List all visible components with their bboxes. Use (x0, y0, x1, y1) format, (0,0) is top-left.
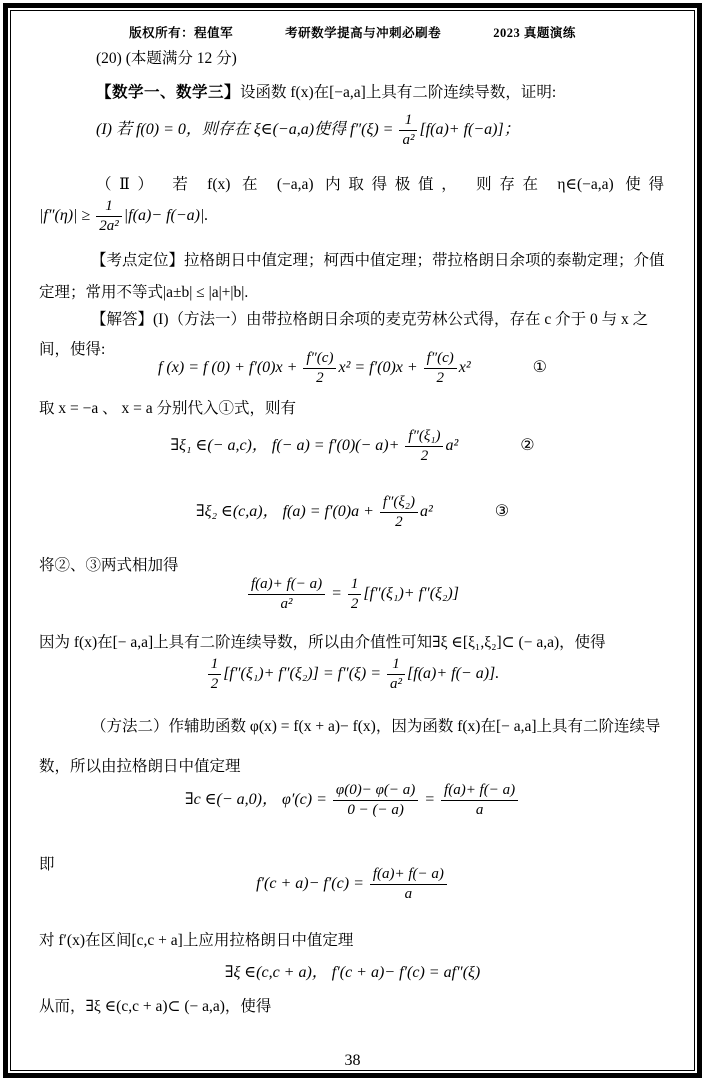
page-inner-border: 版权所有：程值军 考研数学提高与冲刺必刷卷 2023 真题演练 (20) (本题… (10, 10, 695, 1071)
part2-inequality: |f″(η)| ≥ 12a²|f(a)− f(−a)|. (39, 197, 666, 236)
equation-2-body: ∃ξ₁ ∈(− a,c)， f(− a) = f′(0)(− a)+ f″(ξ₁… (170, 437, 458, 454)
header-copyright: 版权所有：程值军 (129, 23, 233, 41)
header-series-title: 考研数学提高与冲刺必刷卷 (285, 23, 441, 41)
equation-1-label: ① (533, 359, 547, 376)
substitute-text: 取 x = −a 、 x = a 分别代入①式，则有 (39, 397, 666, 420)
equation-3-body: ∃ξ₂ ∈(c,a)， f(a) = f′(0)a + f″(ξ₂)2a² (196, 503, 433, 520)
page-number: 38 (11, 1052, 694, 1070)
part2-statement: （Ⅱ） 若 f(x) 在 (−a,a) 内取得极值， 则存在 η∈(−a,a) … (96, 173, 664, 196)
intermediate-value-text: 因为 f(x)在[− a,a]上具有二阶连续导数，所以由介值性可知∃ξ ∈[ξ₁… (39, 631, 666, 654)
page-outer-border: 版权所有：程值军 考研数学提高与冲刺必刷卷 2023 真题演练 (20) (本题… (3, 3, 702, 1078)
equation-3: ∃ξ₂ ∈(c,a)， f(a) = f′(0)a + f″(ξ₂)2a²③ (39, 493, 666, 532)
subject-tag: 【数学一、数学三】 (96, 84, 240, 101)
equation-1-body: f (x) = f (0) + f′(0)x + f″(c)2x² = f′(0… (158, 359, 471, 376)
question-number: (20) (本题满分 12 分) (96, 47, 666, 70)
equation-sum: f(a)+ f(− a)a² = 12[f″(ξ₁)+ f″(ξ₂)] (39, 575, 666, 614)
add-equations-text: 将②、③两式相加得 (39, 554, 666, 577)
keypoints-paragraph: 【考点定位】拉格朗日中值定理；柯西中值定理；带拉格朗日余项的泰勒定理；介值定理；… (39, 245, 666, 309)
part1-statement: (I) 若 f(0) = 0，则存在 ξ∈(−a,a)使得 f″(ξ) = 1a… (96, 111, 666, 150)
solution-tag: 【解答】 (91, 311, 153, 328)
header-edition: 2023 真题演练 (493, 23, 576, 41)
equation-2-label: ② (520, 437, 534, 454)
apply-mvt-text: 对 f′(x)在区间[c,c + a]上应用拉格朗日中值定理 (39, 929, 666, 952)
page-header: 版权所有：程值军 考研数学提高与冲刺必刷卷 2023 真题演练 (11, 23, 694, 41)
method2-paragraph: （方法二）作辅助函数 φ(x) = f(x + a)− f(x)，因为函数 f(… (39, 707, 666, 787)
equation-namely: f′(c + a)− f′(c) = f(a)+ f(− a)a (39, 865, 666, 904)
problem-statement: 【数学一、数学三】设函数 f(x)在[−a,a]上具有二阶连续导数，证明: (96, 81, 666, 104)
equation-1: f (x) = f (0) + f′(0)x + f″(c)2x² = f′(0… (39, 349, 666, 388)
hence-text: 从而，∃ξ ∈(c,c + a)⊂ (− a,a)，使得 (39, 995, 666, 1018)
equation-2: ∃ξ₁ ∈(− a,c)， f(− a) = f′(0)(− a)+ f″(ξ₁… (39, 427, 666, 466)
keypoints-tag: 【考点定位】 (91, 252, 184, 269)
equation-mvt2: ∃ξ ∈(c,c + a)， f′(c + a)− f′(c) = af″(ξ) (39, 961, 666, 985)
exam-solution-page: 版权所有：程值军 考研数学提高与冲刺必刷卷 2023 真题演练 (20) (本题… (0, 0, 705, 1081)
equation-mvt1: ∃c ∈(− a,0)， φ′(c) = φ(0)− φ(− a)0 − (− … (39, 781, 666, 820)
equation-ivt: 12[f″(ξ₁)+ f″(ξ₂)] = f″(ξ) = 1a²[f(a)+ f… (39, 655, 666, 694)
equation-3-label: ③ (495, 503, 509, 520)
problem-intro-text: 设函数 f(x)在[−a,a]上具有二阶连续导数，证明: (240, 84, 556, 101)
